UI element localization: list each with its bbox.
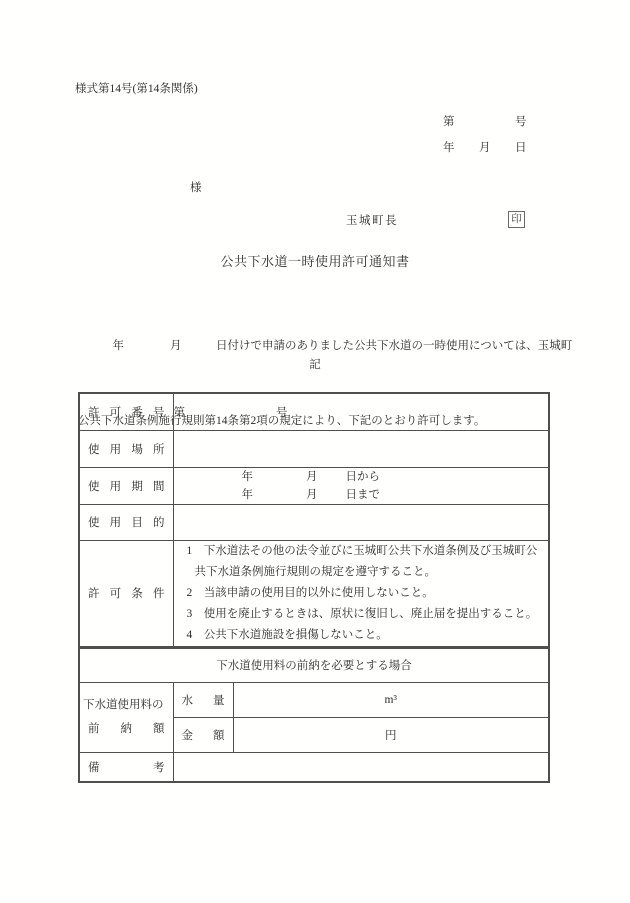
- period-year-label: 年: [242, 471, 254, 483]
- usage-period-row: 使用期間 年月日から 年月日まで: [79, 467, 549, 504]
- period-year-label: 年: [242, 489, 254, 501]
- mayor-title-label: 玉城町長: [346, 212, 398, 228]
- remarks-value-cell: [173, 752, 549, 782]
- prepayment-label-cell: 下水道使用料の 前納額: [79, 682, 173, 752]
- prepayment-label-line2: 前納額: [80, 717, 173, 741]
- permit-conditions-label: 許可条件: [80, 585, 173, 601]
- condition-item-1: 1 下水道法その他の法令並びに玉城町公共下水道条例及び玉城町公共下水道条例施行規…: [174, 541, 549, 583]
- water-quantity-label: 水量: [174, 692, 233, 708]
- usage-period-to-line: 年月日まで: [174, 486, 549, 504]
- doc-number-suffix-label: 号: [515, 113, 527, 129]
- permit-number-label-cell: 許可番号: [79, 393, 173, 430]
- doc-number-prefix-label: 第: [443, 113, 455, 129]
- condition-item-4: 4 公共下水道施設を損傷しないこと。: [174, 625, 549, 646]
- permit-number-prefix: 第: [174, 407, 186, 419]
- form-number-label: 様式第14号(第14条関係): [75, 80, 198, 96]
- usage-purpose-row: 使用目的: [79, 504, 549, 540]
- permit-conditions-row: 許可条件 1 下水道法その他の法令並びに玉城町公共下水道条例及び玉城町公共下水道…: [79, 540, 549, 647]
- prepayment-water-row: 下水道使用料の 前納額 水量 m³: [79, 682, 549, 717]
- document-title: 公共下水道一時使用許可通知書: [0, 251, 630, 270]
- usage-purpose-label-cell: 使用目的: [79, 504, 173, 540]
- permit-number-suffix: 号: [276, 407, 288, 419]
- seal-stamp-box: 印: [508, 211, 525, 228]
- permit-number-value-cell: 第号: [173, 393, 549, 430]
- remarks-row: 備考: [79, 752, 549, 782]
- permit-table: 許可番号 第号 使用場所 使用期間 年月日から 年月日まで: [78, 392, 550, 783]
- remarks-label-cell: 備考: [79, 752, 173, 782]
- condition-item-3: 3 使用を廃止するときは、原状に復旧し、廃止届を提出すること。: [174, 604, 549, 625]
- permit-number-row: 許可番号 第号: [79, 393, 549, 430]
- permit-conditions-value-cell: 1 下水道法その他の法令並びに玉城町公共下水道条例及び玉城町公共下水道条例施行規…: [173, 540, 549, 647]
- issue-date-day-label: 日: [515, 139, 527, 155]
- period-month-label: 月: [306, 489, 318, 501]
- permit-conditions-label-cell: 許可条件: [79, 540, 173, 647]
- usage-place-row: 使用場所: [79, 430, 549, 467]
- usage-period-value-cell: 年月日から 年月日まで: [173, 467, 549, 504]
- issue-date-month-label: 月: [479, 139, 491, 155]
- prepayment-header-cell: 下水道使用料の前納を必要とする場合: [79, 647, 549, 682]
- amount-value-cell: 円: [233, 717, 549, 752]
- usage-period-label: 使用期間: [80, 478, 173, 494]
- period-day-to-label: 日まで: [346, 489, 381, 501]
- permit-number-label: 許可番号: [80, 404, 173, 420]
- amount-label-cell: 金額: [173, 717, 233, 752]
- usage-place-value-cell: [173, 430, 549, 467]
- usage-place-label-cell: 使用場所: [79, 430, 173, 467]
- prepayment-label-line1: 下水道使用料の: [80, 693, 173, 717]
- period-day-from-label: 日から: [346, 471, 381, 483]
- usage-period-from-line: 年月日から: [174, 468, 549, 486]
- usage-purpose-value-cell: [173, 504, 549, 540]
- amount-label: 金額: [174, 727, 233, 743]
- usage-place-label: 使用場所: [80, 441, 173, 457]
- water-quantity-value-cell: m³: [233, 682, 549, 717]
- period-month-label: 月: [306, 471, 318, 483]
- record-heading: 記: [0, 356, 630, 372]
- water-quantity-label-cell: 水量: [173, 682, 233, 717]
- recipient-honorific-label: 様: [190, 179, 202, 195]
- document-page: 様式第14号(第14条関係) 第 号 年 月 日 様 玉城町長 印 公共下水道一…: [0, 0, 630, 903]
- prepayment-header-row: 下水道使用料の前納を必要とする場合: [79, 647, 549, 682]
- usage-purpose-label: 使用目的: [80, 514, 173, 530]
- issue-date-year-label: 年: [443, 139, 455, 155]
- remarks-label: 備考: [80, 759, 173, 775]
- condition-item-2: 2 当該申請の使用目的以外に使用しないこと。: [174, 583, 549, 604]
- usage-period-label-cell: 使用期間: [79, 467, 173, 504]
